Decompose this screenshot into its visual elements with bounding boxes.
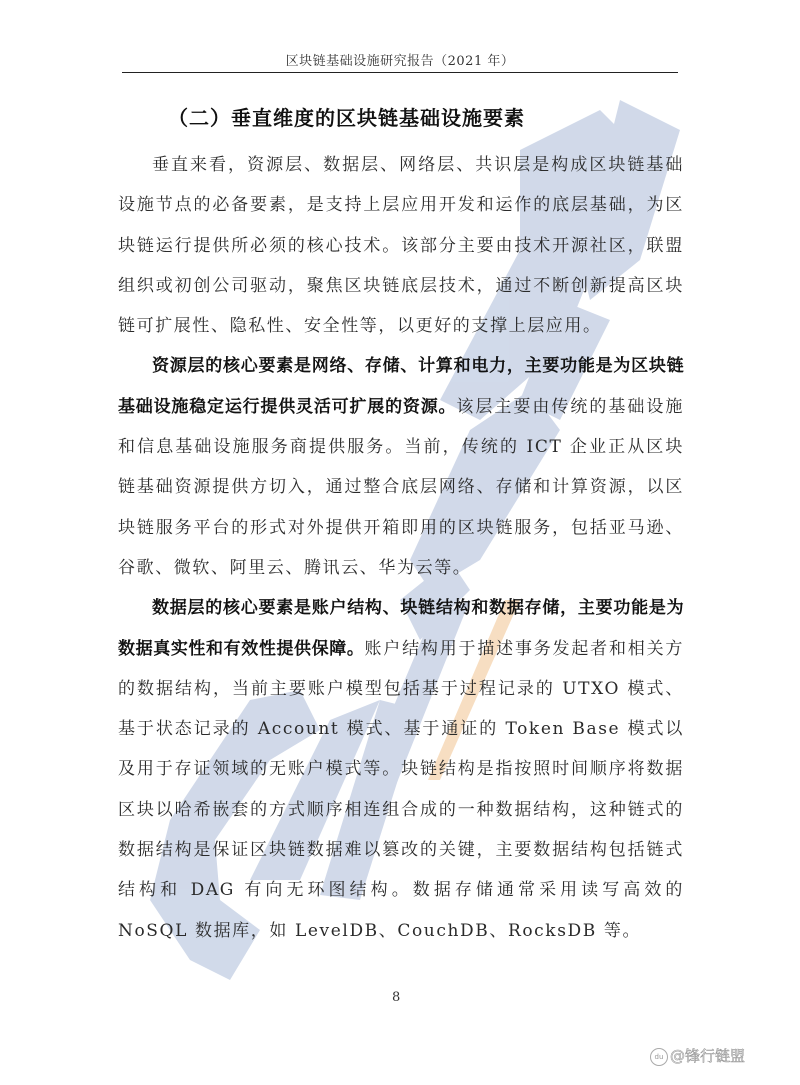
paragraph-vertical-overview: 垂直来看，资源层、数据层、网络层、共识层是构成区块链基础设施节点的必备要素，是支…: [118, 145, 684, 346]
baidu-paw-icon: du: [650, 1048, 668, 1066]
section-title: （二）垂直维度的区块链基础设施要素: [168, 102, 525, 131]
credit-text: @锋行链盟: [670, 1047, 745, 1065]
paragraph-text: 垂直来看，资源层、数据层、网络层、共识层是构成区块链基础设施节点的必备要素，是支…: [118, 155, 684, 336]
document-body: 垂直来看，资源层、数据层、网络层、共识层是构成区块链基础设施节点的必备要素，是支…: [118, 145, 684, 951]
paragraph-text: 账户结构用于描述事务发起者和相关方的数据结构，当前主要账户模型包括基于过程记录的…: [118, 639, 684, 941]
paragraph-data-layer: 数据层的核心要素是账户结构、块链结构和数据存储，主要功能是为数据真实性和有效性提…: [118, 588, 684, 951]
running-header: 区块链基础设施研究报告（2021 年）: [122, 50, 678, 69]
paragraph-text: 该层主要由传统的基础设施和信息基础设施服务商提供服务。当前，传统的 ICT 企业…: [118, 397, 684, 578]
paragraph-resource-layer: 资源层的核心要素是网络、存储、计算和电力，主要功能是为区块链基础设施稳定运行提供…: [118, 346, 684, 588]
source-credit: du@锋行链盟: [650, 1045, 745, 1066]
page-number: 8: [392, 990, 400, 1005]
header-divider: [122, 72, 678, 73]
